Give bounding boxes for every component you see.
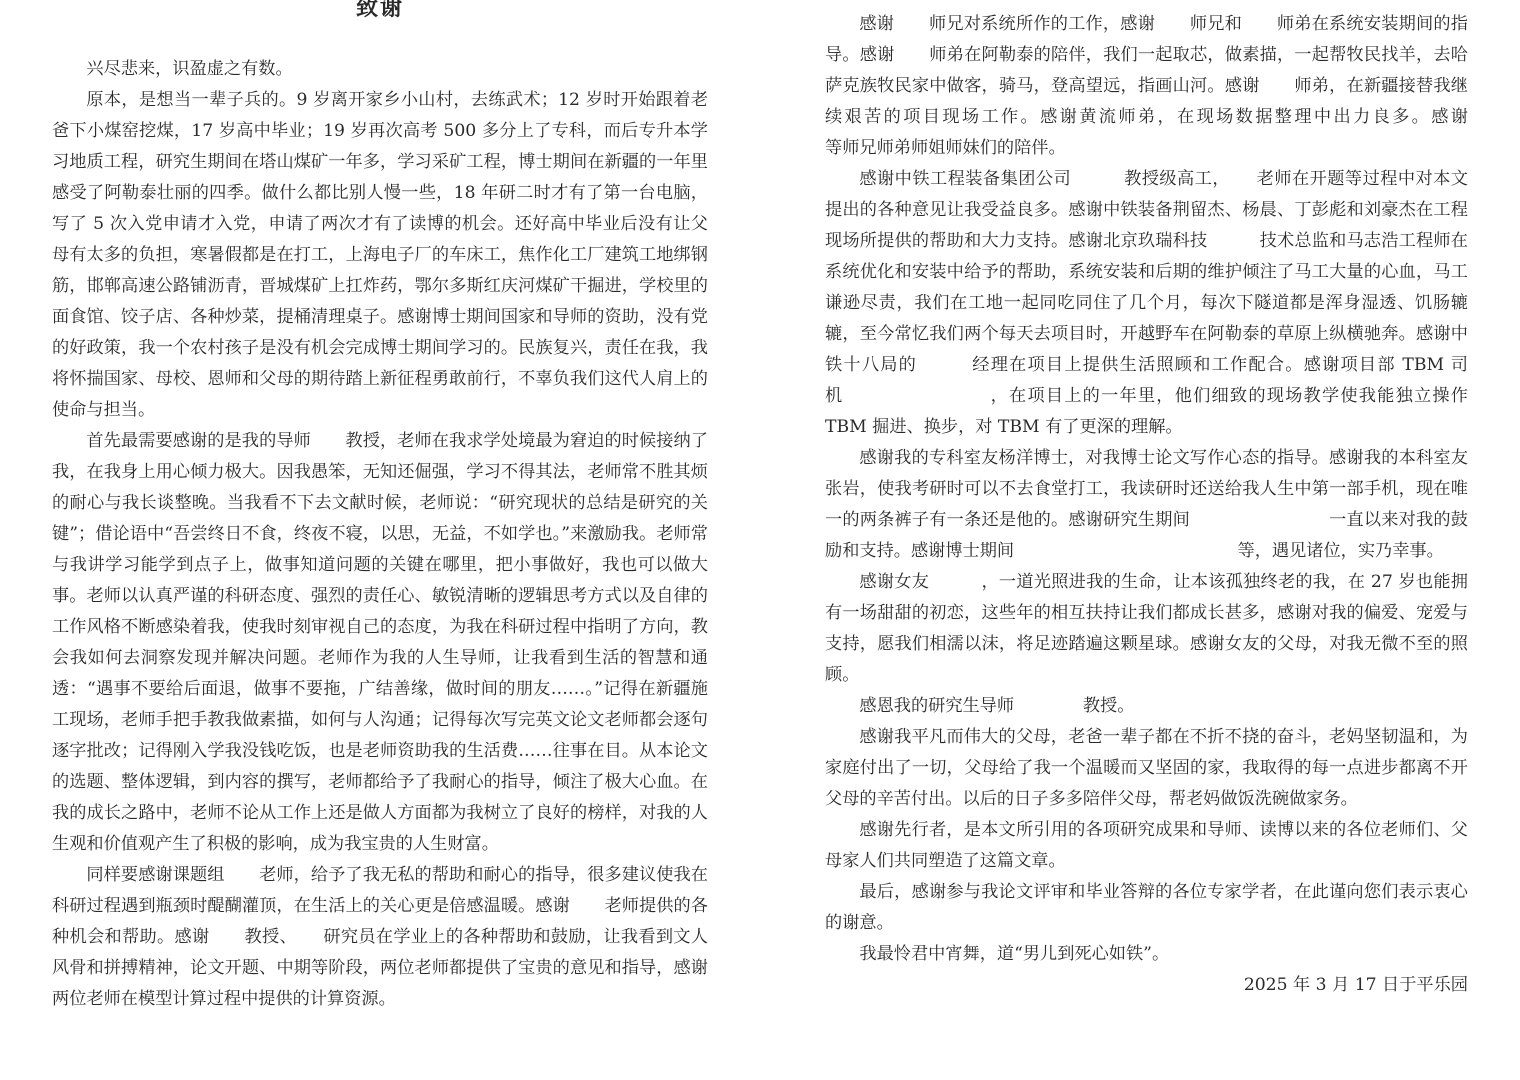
paragraph-masters-advisor-thanks: 感恩我的研究生导师 教授。 (825, 691, 1468, 722)
paragraph-predecessors-thanks: 感谢先行者，是本文所引用的各项研究成果和导师、读博以来的各位老师们、父母家人们共… (825, 815, 1468, 877)
paragraph-labmates-thanks: 感谢 师兄对系统所作的工作，感谢 师兄和 师弟在系统安装期间的指导。感谢 师弟在… (825, 9, 1468, 164)
page-title: 致谢 (52, 0, 708, 26)
paragraph-girlfriend-thanks: 感谢女友 ，一道光照进我的生命，让本该孤独终老的我，在 27 岁也能拥有一场甜甜… (825, 567, 1468, 691)
paragraph-parents-thanks: 感谢我平凡而伟大的父母，老爸一辈子都在不折不挠的奋斗，老妈坚韧温和，为家庭付出了… (825, 722, 1468, 815)
paragraph-opening: 兴尽悲来，识盈虚之有数。 (52, 54, 708, 85)
acknowledgement-page-left: 致谢 兴尽悲来，识盈虚之有数。 原本，是想当一辈子兵的。9 岁离开家乡小山村，去… (52, 0, 708, 1015)
paragraph-closing-quote: 我最怜君中宵舞，道“男儿到死心如铁”。 (825, 939, 1468, 970)
paragraph-reviewers-thanks: 最后，感谢参与我论文评审和毕业答辩的各位专家学者，在此谨向您们表示衷心的谢意。 (825, 877, 1468, 939)
paragraph-advisor-thanks: 首先最需要感谢的是我的导师 教授，老师在我求学处境最为窘迫的时候接纳了我，在我身… (52, 426, 708, 860)
signature-date: 2025 年 3 月 17 日于平乐园 (825, 970, 1468, 1001)
paragraph-roommates-thanks: 感谢我的专科室友杨洋博士，对我博士论文写作心态的指导。感谢我的本科室友张岩，使我… (825, 443, 1468, 567)
acknowledgement-page-right: 感谢 师兄对系统所作的工作，感谢 师兄和 师弟在系统安装期间的指导。感谢 师弟在… (825, 0, 1468, 1001)
paragraph-research-group-thanks: 同样要感谢课题组 老师，给予了我无私的帮助和耐心的指导，很多建议使我在科研过程遇… (52, 860, 708, 1015)
paragraph-industry-thanks: 感谢中铁工程装备集团公司 教授级高工， 老师在开题等过程中对本文提出的各种意见让… (825, 164, 1468, 443)
paragraph-life-story: 原本，是想当一辈子兵的。9 岁离开家乡小山村，去练武术；12 岁时开始跟着老爸下… (52, 85, 708, 426)
